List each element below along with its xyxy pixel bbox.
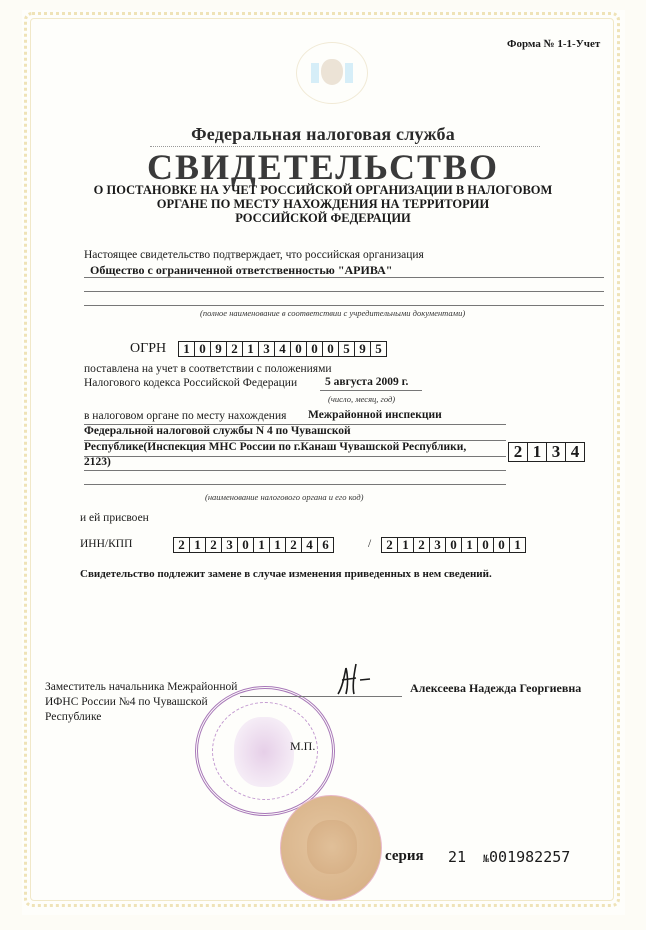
tax-authority-line: Федеральной налоговой службы N 4 по Чува… <box>84 425 351 437</box>
position-line: Заместитель начальника Межрайонной <box>45 680 237 695</box>
org-line-2 <box>84 291 604 292</box>
document-subtitle: О ПОСТАНОВКЕ НА УЧЕТ РОССИЙСКОЙ ОРГАНИЗА… <box>0 183 646 225</box>
ogrn-digit: 0 <box>291 342 307 356</box>
ogrn-digit: 4 <box>275 342 291 356</box>
subtitle-line: ОРГАНЕ ПО МЕСТУ НАХОЖДЕНИЯ НА ТЕРРИТОРИИ <box>0 197 646 211</box>
inn-digit: 0 <box>238 538 254 552</box>
code-digit: 1 <box>528 443 547 461</box>
gold-seal-icon <box>280 795 382 901</box>
organization-name: Общество с ограниченной ответственностью… <box>90 263 392 278</box>
series-value: 21 <box>448 848 466 866</box>
tax-authority-code: 2134 <box>508 442 585 462</box>
tax-authority-caption: (наименование налогового органа и его ко… <box>205 492 364 502</box>
kpp-digit: 1 <box>510 538 525 552</box>
position-line: ИФНС России №4 по Чувашской <box>45 695 237 710</box>
ogrn-digit: 1 <box>179 342 195 356</box>
ogrn-digit: 0 <box>195 342 211 356</box>
tax-authority-line: Межрайонной инспекции <box>308 409 442 421</box>
document-title: СВИДЕТЕЛЬСТВО <box>0 146 646 188</box>
kpp-digit: 1 <box>398 538 414 552</box>
inn-digit: 3 <box>222 538 238 552</box>
registration-date: 5 августа 2009 г. <box>325 376 408 388</box>
tax-line-4 <box>84 470 506 471</box>
inn-digits: 2123011246 <box>173 537 334 553</box>
stamp-place-label: М.П. <box>290 739 315 754</box>
tax-authority-line: 2123) <box>84 456 111 468</box>
signature-icon <box>330 658 410 698</box>
kpp-digit: 1 <box>462 538 478 552</box>
registered-line-1: поставлена на учет в соответствии с поло… <box>84 363 332 375</box>
subtitle-line: РОССИЙСКОЙ ФЕДЕРАЦИИ <box>0 211 646 225</box>
series-label: серия <box>385 848 424 865</box>
inn-kpp-separator: / <box>368 538 371 550</box>
code-digit: 2 <box>509 443 528 461</box>
inn-digit: 2 <box>174 538 190 552</box>
ogrn-digit: 9 <box>355 342 371 356</box>
assigned-label: и ей присвоен <box>80 512 149 524</box>
inn-digit: 1 <box>254 538 270 552</box>
kpp-digit: 0 <box>494 538 510 552</box>
agency-name: Федеральная налоговая служба <box>0 124 646 145</box>
ogrn-digit: 1 <box>243 342 259 356</box>
serial-number: №001982257 <box>483 848 570 866</box>
subtitle-line: О ПОСТАНОВКЕ НА УЧЕТ РОССИЙСКОЙ ОРГАНИЗА… <box>0 183 646 197</box>
position-line: Республике <box>45 710 237 725</box>
kpp-digit: 0 <box>478 538 494 552</box>
ogrn-digit: 5 <box>339 342 355 356</box>
ogrn-label: ОГРН <box>130 341 166 357</box>
code-digit: 4 <box>566 443 584 461</box>
org-line-3 <box>84 305 604 306</box>
kpp-digit: 2 <box>382 538 398 552</box>
inn-digit: 2 <box>286 538 302 552</box>
inn-digit: 4 <box>302 538 318 552</box>
kpp-digits: 212301001 <box>381 537 526 553</box>
ogrn-digit: 3 <box>259 342 275 356</box>
tax-authority-line: Республике(Инспекция МНС России по г.Кан… <box>84 441 466 453</box>
tax-line-5 <box>84 484 506 485</box>
inn-kpp-label: ИНН/КПП <box>80 538 132 550</box>
inn-digit: 1 <box>190 538 206 552</box>
ogrn-digits: 1092134000595 <box>178 341 387 357</box>
date-line <box>320 390 422 391</box>
inn-digit: 1 <box>270 538 286 552</box>
inn-digit: 2 <box>206 538 222 552</box>
ogrn-digit: 5 <box>371 342 386 356</box>
code-digit: 3 <box>547 443 566 461</box>
kpp-digit: 3 <box>430 538 446 552</box>
kpp-digit: 0 <box>446 538 462 552</box>
ogrn-digit: 9 <box>211 342 227 356</box>
ogrn-digit: 0 <box>307 342 323 356</box>
org-caption: (полное наименование в соответствии с уч… <box>200 308 465 318</box>
replacement-notice: Свидетельство подлежит замене в случае и… <box>80 568 492 580</box>
emblem-watermark-icon <box>296 42 368 104</box>
registered-line-2: Налогового кодекса Российской Федерации <box>84 377 297 389</box>
tax-line-3 <box>84 456 506 457</box>
intro-text: Настоящее свидетельство подтверждает, чт… <box>84 249 424 261</box>
signatory-name: Алексеева Надежда Георгиевна <box>410 681 581 696</box>
ogrn-digit: 0 <box>323 342 339 356</box>
form-number: Форма № 1-1-Учет <box>507 38 600 50</box>
tax-authority-label: в налоговом органе по месту нахождения <box>84 410 286 422</box>
serial-value: 001982257 <box>489 848 570 866</box>
signatory-position: Заместитель начальника Межрайонной ИФНС … <box>45 680 237 725</box>
ogrn-digit: 2 <box>227 342 243 356</box>
org-line-1 <box>84 277 604 278</box>
date-caption: (число, месяц, год) <box>328 394 395 404</box>
inn-digit: 6 <box>318 538 333 552</box>
kpp-digit: 2 <box>414 538 430 552</box>
